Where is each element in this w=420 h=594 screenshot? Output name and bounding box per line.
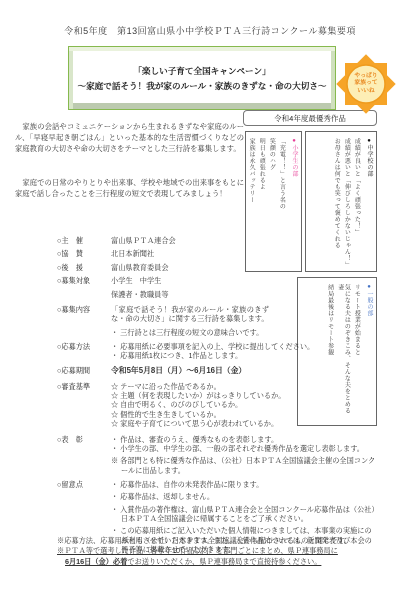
section-support: ○後 援 富山県教育委員会 xyxy=(57,263,378,272)
bullet-item: ・ 入賞作品の著作権は、富山県ＰＴＡ連合会と全国コンクール応募作品は（公社）日本… xyxy=(111,505,378,524)
section-value: 小学生 中学生 保護者・教職員等 xyxy=(111,276,378,300)
bullet-item: ・ 三行詩とは三行程度の短文の意味合いです。 xyxy=(111,328,378,337)
bullet-item: ・ 応募作品は、自作の未発表作品に限ります。 xyxy=(111,480,378,489)
sun-icon: やっぱり 家族って いいね xyxy=(332,50,400,118)
section-label: ○協 賛 xyxy=(57,249,111,258)
document-page: 令和5年度 第13回富山県小中学校ＰＴＡ三行詩コンクール募集要項 「楽しい子育て… xyxy=(0,0,420,594)
criteria-item: ☆ テーマに沿った作品であるか。 xyxy=(111,382,378,391)
section-sponsor: ○協 賛 北日本新聞社 xyxy=(57,249,378,258)
section-target: ○募集対象 小学生 中学生 保護者・教職員等 xyxy=(57,276,378,300)
section-value: 北日本新聞社 xyxy=(111,249,378,258)
bullet-item: ※ 各部門とも特に優秀な作品は、（公社）日本ＰＴＡ全国協議会主催の全国コンクール… xyxy=(111,456,378,475)
footnote-line: ※応募方法、応募用紙とも（公社）日本ＰＴＡ全国協議会から配布されるものと同じです… xyxy=(57,536,387,546)
criteria-item: ☆ 個性的で生き生きしているか。 xyxy=(111,410,378,419)
bullet-item: ・ 応募用紙に必要事項を記入の上、学校に提出してください。 xyxy=(111,342,378,351)
section-label: ○表 彰 xyxy=(57,435,111,475)
bullet-item: ・ 作品は、審査のうえ、優秀なものを表彰します。 xyxy=(111,435,378,444)
section-value: ・ 応募用紙に必要事項を記入の上、学校に提出してください。 ・ 応募用紙1枚につ… xyxy=(111,342,378,361)
section-value: 富山県ＰＴＡ連合会 xyxy=(111,236,378,245)
footnote-line: 6月16日（金）必着でお送りいただくか、県Ｐ連事務局まで直接持参ください。 xyxy=(57,557,387,567)
section-label: ○審査基準 xyxy=(57,382,111,429)
footnotes: ※応募方法、応募用紙とも（公社）日本ＰＴＡ全国協議会から配布されるものと同じです… xyxy=(57,536,387,567)
sun-caption: やっぱり 家族って いいね xyxy=(332,50,400,118)
section-label: ○募集対象 xyxy=(57,276,111,300)
bullet-item: ・ 小学生の部、中学生の部、一般の部それぞれ優秀作品を選定し表彰します。 xyxy=(111,444,378,453)
section-label: ○後 援 xyxy=(57,263,111,272)
sections-list: ○主 催 富山県ＰＴＡ連合会 ○協 賛 北日本新聞社 ○後 援 富山県教育委員会… xyxy=(57,236,378,554)
section-label: ○主 催 xyxy=(57,236,111,245)
section-criteria: ○審査基準 ☆ テーマに沿った作品であるか。 ☆ 主題（何を表現したいか）がはっ… xyxy=(57,382,378,429)
intro-paragraph-2: 家庭での日常のやりとりや出来事、学校や地域での出来事をもとに家庭で話し合ったこと… xyxy=(15,178,244,200)
bullet-item: ・ 応募用紙1枚につき、1作品とします。 xyxy=(111,351,378,360)
section-period: ○応募期間 令和5年5月8日（月）～6月16日（金） xyxy=(57,366,378,376)
section-label: ○募集内容 xyxy=(57,305,111,337)
section-value: 富山県教育委員会 xyxy=(111,263,378,272)
section-how-to-apply: ○応募方法 ・ 応募用紙に必要事項を記入の上、学校に提出してください。 ・ 応募… xyxy=(57,342,378,361)
section-value: 令和5年5月8日（月）～6月16日（金） xyxy=(111,366,378,376)
deadline-text: 6月16日（金）必着 xyxy=(65,557,127,566)
criteria-item: ☆ 主題（何を表現したいか）がはっきりしているか。 xyxy=(111,391,378,400)
section-label: ○応募方法 xyxy=(57,342,111,361)
section-content: ○募集内容 「家庭で話そう！我が家のルール・家族のきずな・命の大切さ」に関する三… xyxy=(57,305,378,337)
section-value: ☆ テーマに沿った作品であるか。 ☆ 主題（何を表現したいか）がはっきりしている… xyxy=(111,382,378,429)
section-label: ○応募期間 xyxy=(57,366,111,376)
criteria-item: ☆ 自由で明るく、のびのびしているか。 xyxy=(111,400,378,409)
criteria-item: ☆ 家庭や子育てについて思う心が表われているか。 xyxy=(111,419,378,428)
section-awards: ○表 彰 ・ 作品は、審査のうえ、優秀なものを表彰します。 ・ 小学生の部、中学… xyxy=(57,435,378,475)
campaign-banner: 「楽しい子育て全国キャンペーン」 ～家庭で話そう！我が家のルール・家族のきずな・… xyxy=(68,46,336,110)
footnote-line: ※ＰＴＡ等で選考した作品（各学年10作品以内）を部門ごとにまとめ、県Ｐ連事務局に xyxy=(57,546,387,556)
campaign-title: 「楽しい子育て全国キャンペーン」 xyxy=(133,65,270,77)
section-value: ・ 作品は、審査のうえ、優秀なものを表彰します。 ・ 小学生の部、中学生の部、一… xyxy=(111,435,378,475)
section-host: ○主 催 富山県ＰＴＡ連合会 xyxy=(57,236,378,245)
intro-paragraph-1: 家族の会話やコミュニケーションから生まれるきずなや家庭のルール、「早寝早起き朝ご… xyxy=(15,122,244,155)
section-value: 「家庭で話そう！我が家のルール・家族のきずな・命の大切さ」に関する三行詩を募集し… xyxy=(111,305,378,337)
campaign-subtitle: ～家庭で話そう！我が家のルール・家族のきずな・命の大切さ～ xyxy=(77,80,326,92)
page-title: 令和5年度 第13回富山県小中学校ＰＴＡ三行詩コンクール募集要項 xyxy=(0,24,420,37)
bullet-item: ・ 応募作品は、返却しません。 xyxy=(111,492,378,501)
